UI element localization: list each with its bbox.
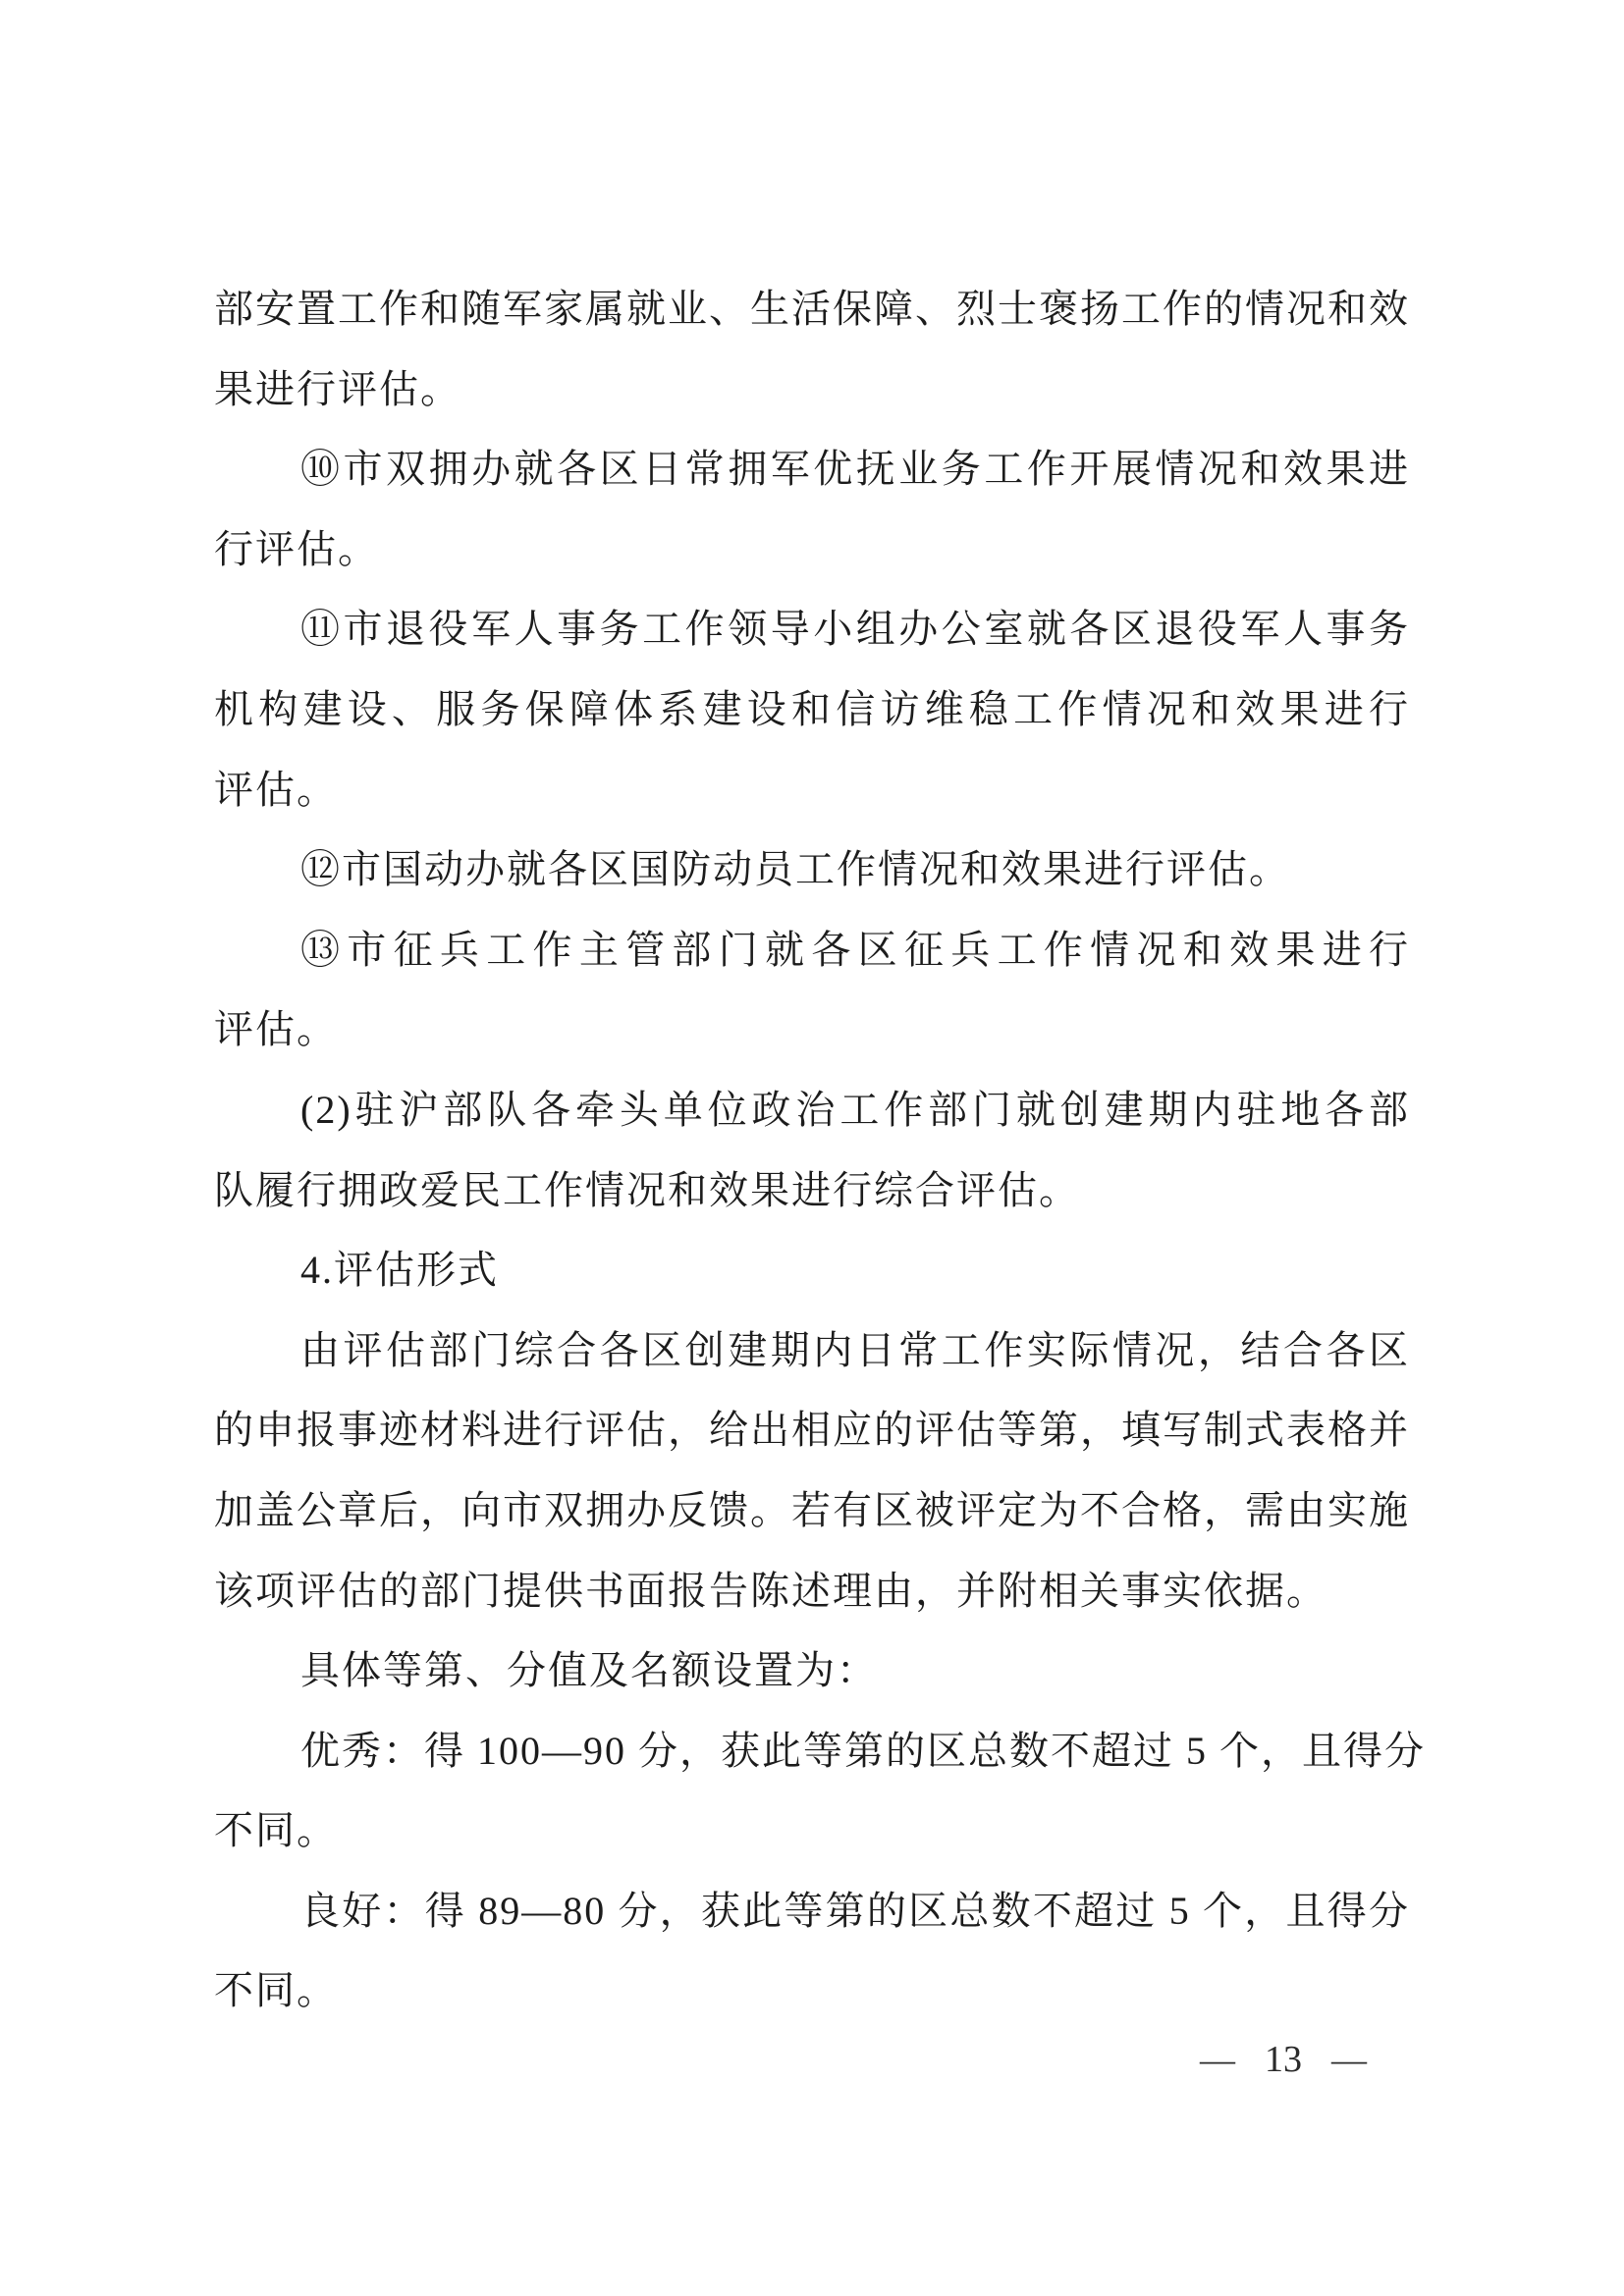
text-line: 的申报事迹材料进行评估，给出相应的评估等第，填写制式表格并 [214,1390,1410,1470]
document-body: 部安置工作和随军家属就业、生活保障、烈士褒扬工作的情况和效 果进行评估。 ⑩市双… [214,269,1410,2031]
page-footer: — 13 — [1200,2040,1367,2079]
text-line: ⑩市双拥办就各区日常拥军优抚业务工作开展情况和效果进 [214,429,1410,509]
text-line: 评估。 [214,989,1410,1070]
text-line: 优秀：得 100—90 分，获此等第的区总数不超过 5 个，且得分 [214,1711,1410,1791]
text-line: 不同。 [214,1950,1410,2031]
text-line: 加盖公章后，向市双拥办反馈。若有区被评定为不合格，需由实施 [214,1470,1410,1551]
footer-dash-left: — [1200,2040,1235,2079]
text-line: ⑬市征兵工作主管部门就各区征兵工作情况和效果进行 [214,910,1410,990]
text-line: 该项评估的部门提供书面报告陈述理由，并附相关事实依据。 [214,1551,1410,1631]
text-line: 部安置工作和随军家属就业、生活保障、烈士褒扬工作的情况和效 [214,269,1410,349]
text-line: 队履行拥政爱民工作情况和效果进行综合评估。 [214,1150,1410,1231]
document-page: 部安置工作和随军家属就业、生活保障、烈士褒扬工作的情况和效 果进行评估。 ⑩市双… [0,0,1624,2296]
text-line: 4.评估形式 [214,1230,1410,1310]
text-line: 行评估。 [214,509,1410,590]
text-line: 不同。 [214,1790,1410,1871]
text-line: ⑪市退役军人事务工作领导小组办公室就各区退役军人事务 [214,589,1410,669]
text-line: 评估。 [214,750,1410,830]
text-line: ⑫市国动办就各区国防动员工作情况和效果进行评估。 [214,829,1410,910]
text-line: 良好：得 89—80 分，获此等第的区总数不超过 5 个，且得分 [214,1871,1410,1951]
text-line: 果进行评估。 [214,349,1410,430]
text-line: 机构建设、服务保障体系建设和信访维稳工作情况和效果进行 [214,669,1410,750]
text-line: (2)驻沪部队各牵头单位政治工作部门就创建期内驻地各部 [214,1070,1410,1150]
text-line: 由评估部门综合各区创建期内日常工作实际情况，结合各区 [214,1310,1410,1391]
page-number: 13 [1265,2040,1302,2079]
footer-dash-right: — [1331,2040,1367,2079]
text-line: 具体等第、分值及名额设置为： [214,1630,1410,1711]
